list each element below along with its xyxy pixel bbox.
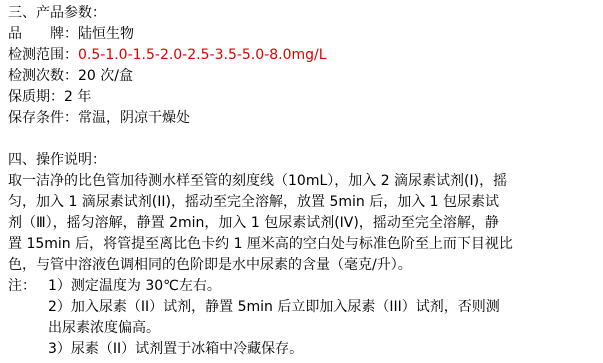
param-label: 检测范围： xyxy=(8,47,78,63)
section4-heading: 四、操作说明： xyxy=(8,150,603,171)
note-2-cont: 出尿素浓度偏高。 xyxy=(8,318,603,339)
procedure-line: 剂（Ⅲ），摇匀溶解，静置 2min，加入 1 包尿素试剂(IV)，摇动至完全溶解… xyxy=(8,213,603,234)
procedure-line: 匀，加入 1 滴尿素试剂(II)，摇动至完全溶解，放置 5min 后，加入 1 … xyxy=(8,192,603,213)
param-label: 检测次数： xyxy=(8,68,78,84)
param-brand: 品 牌：陆恒生物 xyxy=(8,24,603,45)
note-2: 2）加入尿素（II）试剂，静置 5min 后立即加入尿素（III）试剂，否则测 xyxy=(8,297,603,318)
document: 三、产品参数： 品 牌：陆恒生物 检测范围：0.5-1.0-1.5-2.0-2.… xyxy=(8,3,603,360)
param-value-range: 0.5-1.0-1.5-2.0-2.5-3.5-5.0-8.0mg/L xyxy=(78,47,327,63)
param-label: 保存条件： xyxy=(8,110,78,126)
section3-heading: 三、产品参数： xyxy=(8,3,603,24)
param-range: 检测范围：0.5-1.0-1.5-2.0-2.5-3.5-5.0-8.0mg/L xyxy=(8,45,603,66)
param-value: 常温，阴凉干燥处 xyxy=(78,110,190,126)
param-label: 品 牌： xyxy=(8,26,78,42)
procedure-line: 置 15min 后，将管提至离比色卡约 1 厘米高的空白处与标准色阶至上而下目视… xyxy=(8,234,603,255)
notes-label: 注： xyxy=(8,276,48,297)
procedure-line: 色，与管中溶液色调相同的色阶即是水中尿素的含量（毫克/升）。 xyxy=(8,255,603,276)
spacer xyxy=(8,129,603,150)
param-count: 检测次数：20 次/盒 xyxy=(8,66,603,87)
param-storage: 保存条件：常温，阴凉干燥处 xyxy=(8,108,603,129)
note-text: 1）测定温度为 30℃左右。 xyxy=(48,278,221,294)
note-3: 3）尿素（II）试剂置于冰箱中冷藏保存。 xyxy=(8,339,603,360)
note-1: 注：1）测定温度为 30℃左右。 xyxy=(8,276,603,297)
param-value: 20 次/盒 xyxy=(78,68,133,84)
param-label: 保质期： xyxy=(8,89,64,105)
param-shelf-life: 保质期：2 年 xyxy=(8,87,603,108)
param-value: 2 年 xyxy=(64,89,91,105)
param-value: 陆恒生物 xyxy=(78,26,134,42)
procedure-line: 取一洁净的比色管加待测水样至管的刻度线（10mL），加入 2 滴尿素试剂(I)，… xyxy=(8,171,603,192)
